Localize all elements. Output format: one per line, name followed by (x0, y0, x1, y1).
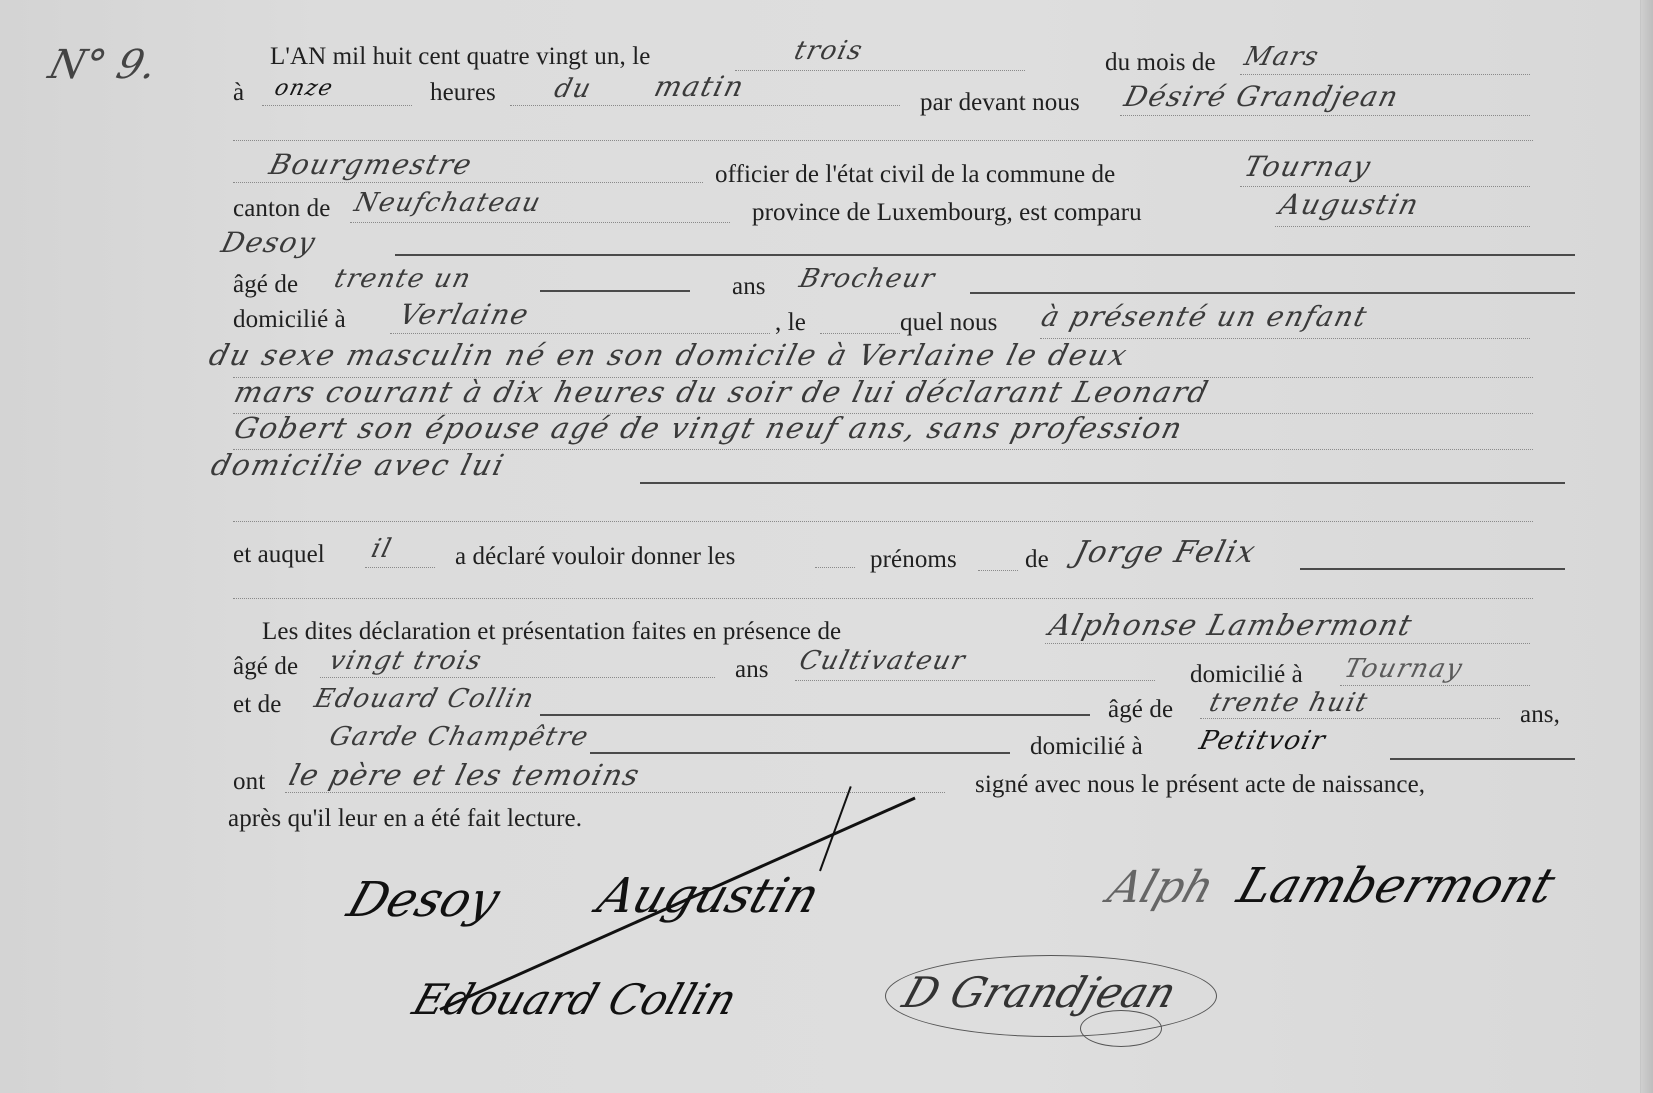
printed-text: et de (233, 690, 281, 720)
fill-line (815, 567, 855, 568)
fill-line (233, 521, 1533, 522)
printed-text: , le (775, 308, 806, 338)
printed-text: canton de (233, 194, 330, 224)
fill-line-solid (1300, 568, 1565, 570)
handwritten-text: du sexe masculin né en son domicile à Ve… (206, 340, 1131, 370)
printed-text: de (1025, 545, 1049, 575)
signature-witness-2: Edouard Collin (407, 975, 743, 1024)
handwritten-residence: Petitvoir (1196, 726, 1329, 756)
signature-officer-flourish (885, 955, 1217, 1037)
handwritten-text: Gobert son épouse agé de vingt neuf ans,… (231, 413, 1186, 443)
fill-line (233, 182, 703, 183)
fill-line-solid (640, 482, 1565, 484)
entry-number: N° 9. (44, 42, 162, 88)
printed-text: ans, (1520, 700, 1560, 730)
fill-line (735, 70, 1025, 71)
fill-line (262, 105, 412, 106)
printed-text: L'AN mil huit cent quatre vingt un, le (270, 42, 650, 72)
handwritten-age: trente huit (1206, 688, 1371, 718)
handwritten-first-name: Augustin (1276, 190, 1422, 220)
handwritten-title: Bourgmestre (266, 150, 475, 180)
fill-line-solid (1390, 758, 1575, 760)
printed-text: province de Luxembourg, est comparu (752, 198, 1142, 228)
fill-line-solid (540, 290, 690, 292)
fill-line (233, 598, 1533, 599)
printed-text: à (233, 78, 244, 108)
handwritten-officer-name: Désiré Grandjean (1121, 82, 1402, 112)
printed-text: ont (233, 767, 265, 797)
handwritten-profession: Garde Champêtre (326, 722, 592, 752)
signature-officer-flourish (1080, 1010, 1162, 1047)
fill-line (1120, 115, 1530, 116)
printed-text: Les dites déclaration et présentation fa… (262, 617, 841, 647)
fill-line-solid (970, 292, 1575, 294)
handwritten-given-names: Jorge Felix (1071, 538, 1259, 568)
fill-line-solid (395, 254, 1575, 256)
printed-text: âgé de (1108, 695, 1173, 725)
document-page: N° 9. L'AN mil huit cent quatre vingt un… (0, 0, 1653, 1093)
printed-text: domicilié à (1030, 732, 1143, 762)
signature-witness-1-initial: Alph (1102, 862, 1221, 913)
fill-line (820, 333, 900, 334)
handwritten-residence: Verlaine (396, 300, 532, 330)
handwritten-profession: Brocheur (796, 264, 939, 294)
fill-line (320, 677, 715, 678)
handwritten-witness-1: Alphonse Lambermont (1046, 610, 1416, 640)
signature-father-surname: Desoy (341, 872, 507, 928)
printed-text: par devant nous (920, 88, 1080, 118)
fill-line-solid (540, 714, 1090, 716)
printed-text: âgé de (233, 270, 298, 300)
fill-line (350, 222, 730, 223)
handwritten-residence: Tournay (1341, 654, 1466, 684)
handwritten-profession: Cultivateur (796, 646, 969, 676)
fill-line (1045, 643, 1530, 644)
fill-line (978, 570, 1018, 571)
handwritten-day: trois (791, 36, 866, 66)
fill-line-solid (590, 752, 1010, 754)
handwritten-witness-2: Edouard Collin (311, 684, 538, 714)
fill-line (1240, 186, 1530, 187)
printed-text: quel nous (900, 308, 997, 338)
handwritten-text: il (368, 534, 395, 564)
handwritten-text: mars courant à dix heures du soir de lui… (231, 377, 1212, 407)
page-edge (1640, 0, 1653, 1093)
printed-text: après qu'il leur en a été fait lecture. (228, 804, 582, 834)
fill-line (390, 333, 770, 334)
printed-text: âgé de (233, 652, 298, 682)
fill-line (285, 792, 945, 793)
handwritten-surname: Desoy (218, 228, 319, 258)
printed-text: domicilié à (1190, 660, 1303, 690)
printed-text: et auquel (233, 540, 325, 570)
fill-line (1240, 74, 1530, 75)
handwritten-age: vingt trois (326, 646, 485, 676)
handwritten-text: le père et les temoins (286, 760, 643, 790)
handwritten-text: à présenté un enfant (1038, 302, 1371, 332)
handwritten-text: du (551, 74, 595, 104)
printed-text: domicilié à (233, 305, 346, 335)
fill-line (1275, 226, 1530, 227)
fill-line (365, 567, 435, 568)
fill-line (1340, 685, 1530, 686)
handwritten-canton: Neufchateau (351, 188, 544, 218)
handwritten-hour: onze (271, 74, 337, 104)
printed-text: ans (735, 655, 769, 685)
handwritten-month: Mars (1241, 42, 1322, 72)
printed-text: signé avec nous le présent acte de naiss… (975, 770, 1425, 800)
printed-text: officier de l'état civil de la commune d… (715, 160, 1115, 190)
signature-father-given: Augustin (591, 868, 827, 924)
fill-line (795, 680, 1155, 681)
printed-text: du mois de (1105, 48, 1216, 78)
printed-text: ans (732, 272, 766, 302)
handwritten-commune: Tournay (1241, 152, 1374, 182)
fill-line (1200, 718, 1500, 719)
handwritten-text: domicilie avec lui (208, 450, 508, 480)
printed-text: a déclaré vouloir donner les (455, 542, 735, 572)
fill-line (233, 140, 1533, 141)
printed-text: heures (430, 78, 496, 108)
handwritten-age: trente un (331, 264, 475, 294)
fill-line (510, 105, 900, 106)
printed-text: prénoms (870, 545, 957, 575)
signature-witness-1: Lambermont (1231, 858, 1562, 914)
handwritten-text: matin (651, 72, 747, 102)
